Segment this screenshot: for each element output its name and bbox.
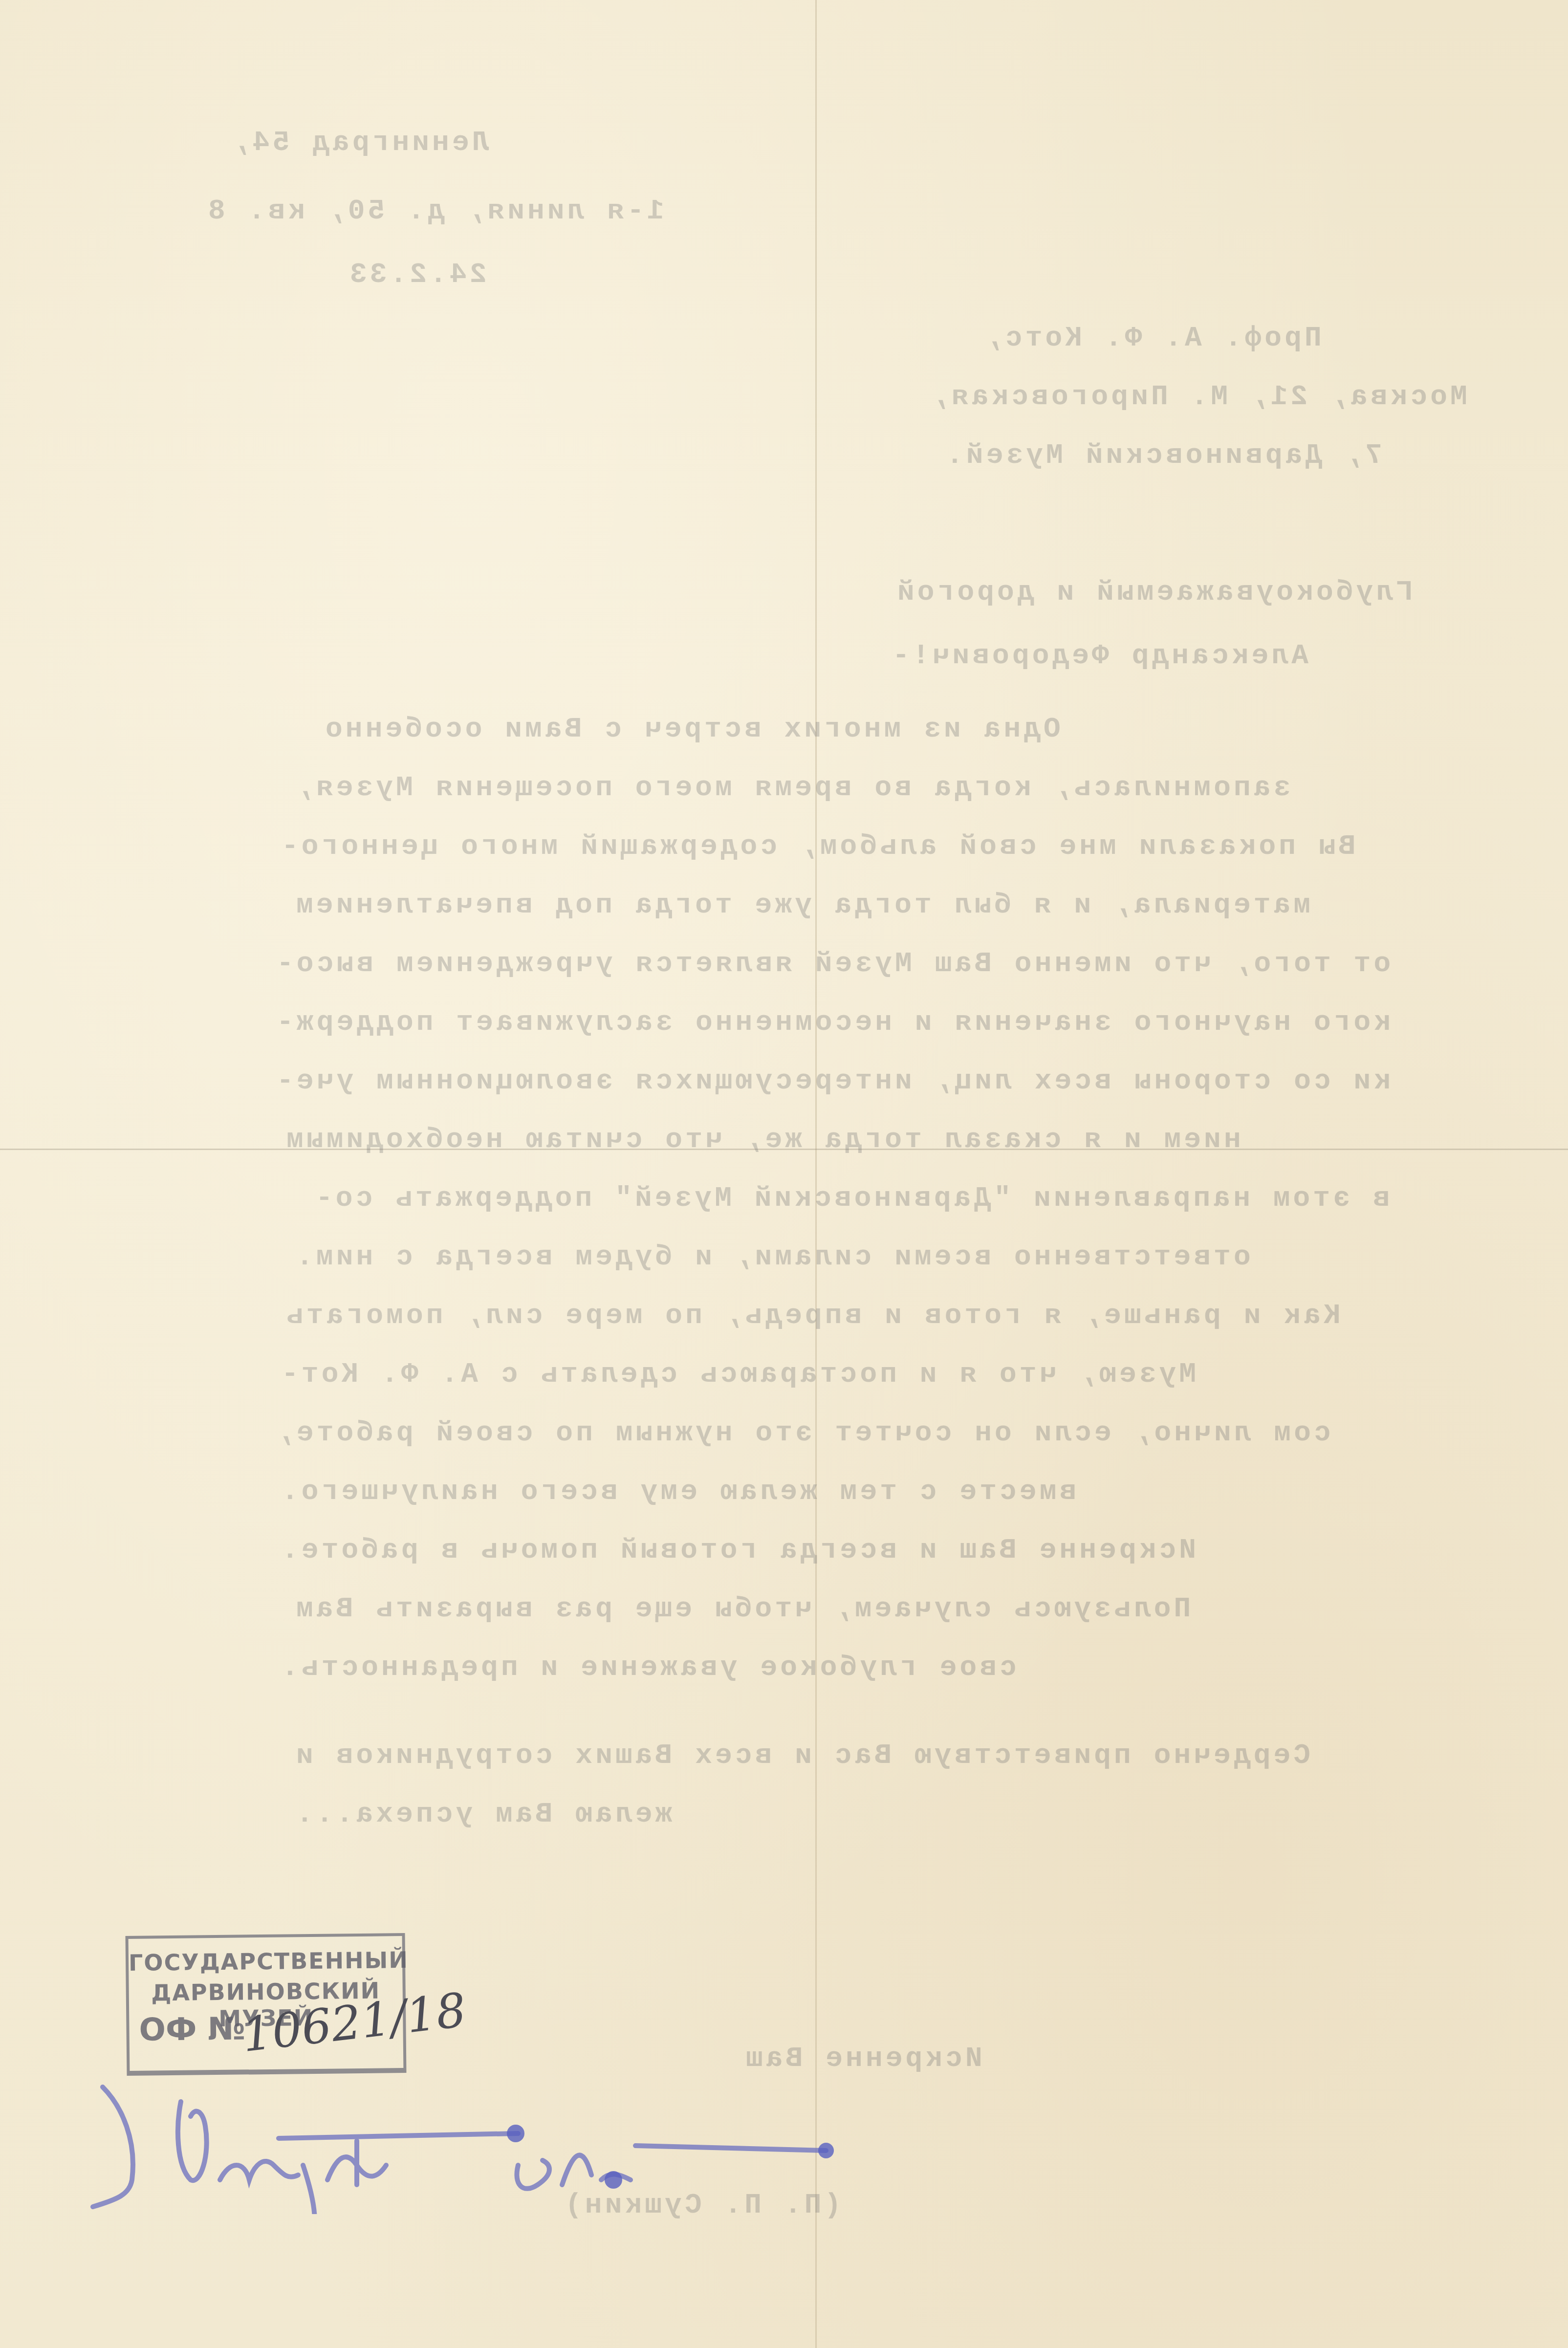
stamp-line-1: ГОСУДАРСТВЕННЫЙ: [129, 1947, 403, 1976]
header-line: 24.2.33: [347, 259, 487, 291]
signature-icon: [83, 2067, 963, 2214]
body-line: от того, что именно Ваш Музей является у…: [274, 948, 1391, 980]
body-line: желаю Вам успеха...: [293, 1799, 672, 1830]
body-line: материала, и я был тогда уже тогда под в…: [293, 890, 1310, 921]
body-line: в этом направлении "Дарвиновский Музей" …: [313, 1183, 1390, 1215]
body-line: кого научного значения и несомненно засл…: [274, 1007, 1391, 1039]
body-line: Как и раньше, я готов и впредь, по мере …: [283, 1300, 1341, 1332]
body-line: Искренне Ваш и всегда готовый помочь в р…: [279, 1535, 1196, 1566]
body-line: ки со стороны всех лиц, интересующихся э…: [274, 1065, 1391, 1097]
body-line: свое глубокое уважение и преданность.: [279, 1652, 1017, 1684]
addressee-line: Проф. А. Ф. Котс,: [982, 323, 1322, 354]
body-line: Музею, что я и постараюсь сделать с А. Ф…: [279, 1359, 1196, 1391]
header-line: Ленинград 54,: [230, 127, 489, 159]
body-line: вместе с тем желаю ему всего наилучшего.: [279, 1476, 1076, 1508]
body-line: Пользуюсь случаем, чтобы еще раз выразит…: [293, 1593, 1191, 1625]
addressee-line: 7, Дарвиновский Музей.: [943, 440, 1382, 472]
salutation-line: Александр Федорович!-: [890, 640, 1308, 672]
body-line: Сердечно приветствую Вас и всех Ваших со…: [293, 1740, 1310, 1772]
museum-stamp: ГОСУДАРСТВЕННЫЙ ДАРВИНОВСКИЙ МУЗЕЙ ОФ № …: [126, 1933, 407, 2076]
body-line: ответственно всеми силами, и будем всегд…: [293, 1241, 1251, 1273]
body-line: Вы показали мне свой альбом, содержащий …: [279, 831, 1356, 863]
body-line: нием и я сказал тогда же, что считаю нео…: [283, 1124, 1241, 1156]
body-line: Одна из многих встреч с Вами особенно: [323, 714, 1061, 745]
stamp-prefix: ОФ №: [139, 2011, 245, 2048]
salutation-line: Глубокоуважаемый и дорогой: [894, 577, 1413, 609]
body-line: сом лично, если он сочтет это нужным по …: [274, 1417, 1331, 1449]
addressee-line: Москва, 21, М. Пироговская,: [929, 381, 1467, 413]
header-line: 1-я линия, д. 50, кв. 8: [205, 196, 664, 227]
vertical-fold-line: [815, 0, 817, 2348]
body-line: запомнилась, когда во время моего посеще…: [293, 772, 1290, 804]
